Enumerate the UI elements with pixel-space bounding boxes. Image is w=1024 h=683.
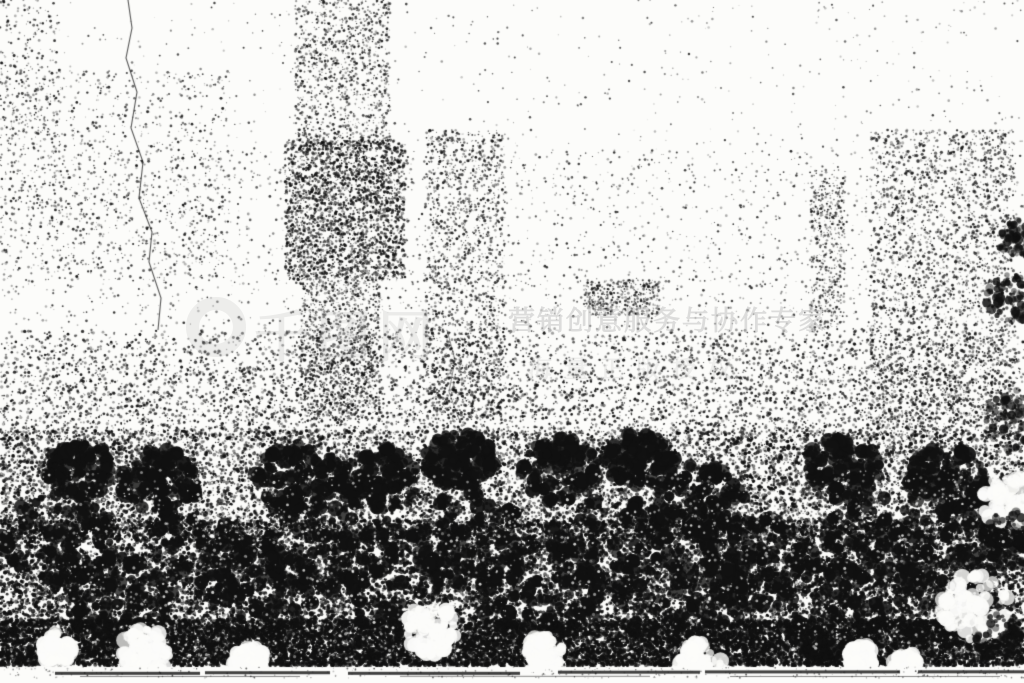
grunge-texture-canvas bbox=[0, 0, 1024, 683]
texture-image-frame: 千图网 营销创意服务与协作专家 海量正版授权 bbox=[0, 0, 1024, 683]
